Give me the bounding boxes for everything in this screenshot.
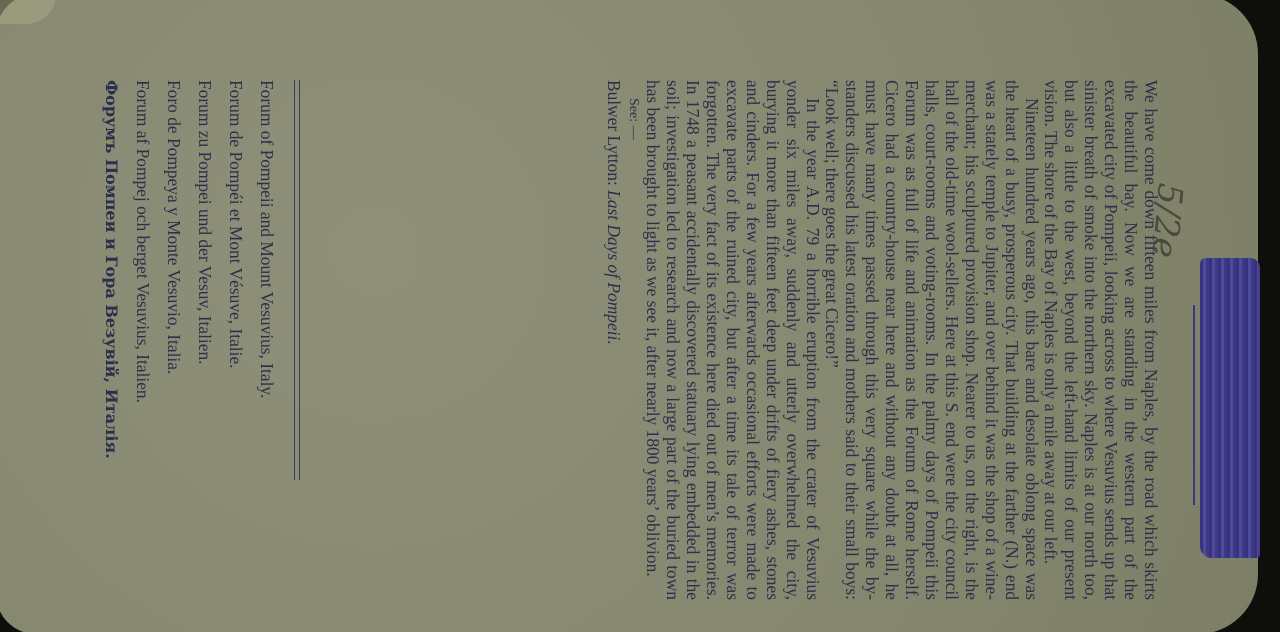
paragraph-3: In the year A.D. 79 a horrible eruption … [642,80,821,600]
title-english: Forum of Pompeii and Mount Vesuvius, Ita… [251,80,282,600]
marker-stroke [1193,305,1195,505]
paragraph-1: We have come down fifteen miles from Nap… [1041,80,1160,600]
rotated-text-block: We have come down fifteen miles from Nap… [70,80,1160,620]
title-french: Forum de Pompéi et Mont Vésuve, Italie. [220,80,251,600]
description-text: We have come down fifteen miles from Nap… [604,80,1160,600]
handwritten-note: 5/2e [1144,182,1190,260]
see-label: See: — [624,98,642,600]
title-swedish: Forum af Pompej och berget Vesuvius, Ita… [127,80,158,600]
double-rule-divider [294,80,300,480]
title-german: Forum zu Pompei und der Vesuv, Italien. [189,80,220,600]
title-spanish: Foro de Pompeya y Monte Vesuvio, Italia. [158,80,189,600]
paragraph-2: Nineteen hundred years ago, this bare an… [822,80,1041,600]
reference-citation: Bulwer Lytton: Last Days of Pompeii. [604,80,624,600]
reference-author: Bulwer Lytton: [604,80,624,186]
marker-scribble [1200,258,1260,558]
title-russian: Форумъ Помпеи и Гора Везувiй, Италiя. [96,80,127,600]
card-corner-wear [0,0,56,24]
reference-title: Last Days of Pompeii. [604,190,624,345]
title-translations: Forum of Pompeii and Mount Vesuvius, Ita… [96,80,282,600]
